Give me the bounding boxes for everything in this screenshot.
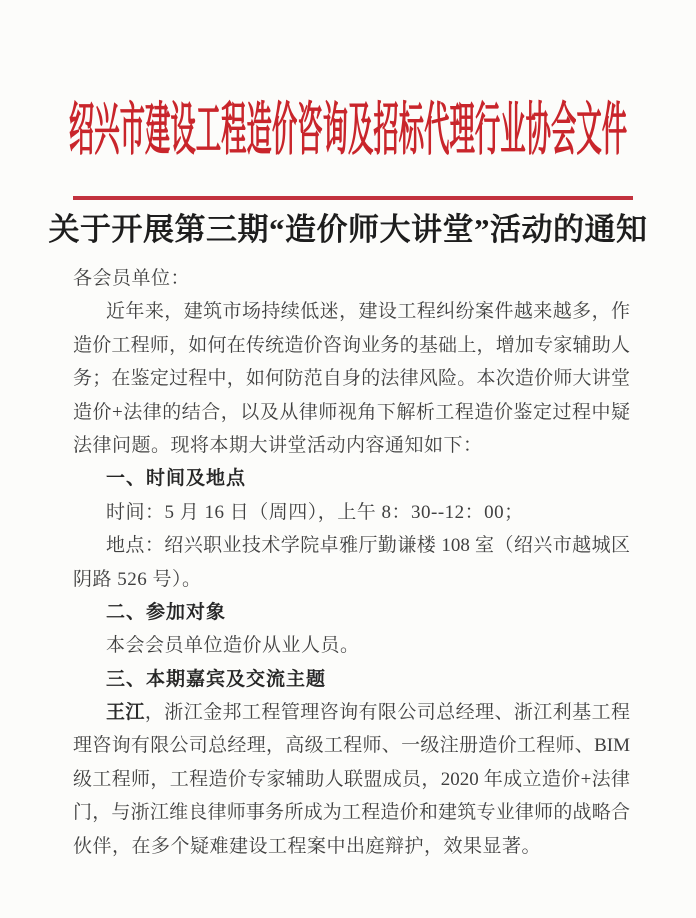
body-line: 造价+法律的结合，以及从律师视角下解析工程造价鉴定过程中疑难 (73, 396, 630, 429)
body-line: 造价工程师，如何在传统造价咨询业务的基础上，增加专家辅助人业 (73, 329, 630, 362)
document-body: 各会员单位：近年来，建筑市场持续低迷，建设工程纠纷案件越来越多，作为造价工程师，… (73, 262, 630, 863)
section-heading-line: 一、时间及地点 (73, 462, 630, 495)
body-line: 务；在鉴定过程中，如何防范自身的法律风险。本次造价师大讲堂以 (73, 362, 630, 395)
body-line: 地点：绍兴职业技术学院卓雅厅勤谦楼 108 室（绍兴市越城区山 (73, 529, 630, 562)
letterhead-banner: 绍兴市建设工程造价咨询及招标代理行业协会文件 (0, 90, 696, 170)
body-line: 法律问题。现将本期大讲堂活动内容通知如下： (73, 429, 630, 462)
body-line: 本会会员单位造价从业人员。 (73, 629, 630, 662)
document-page: 绍兴市建设工程造价咨询及招标代理行业协会文件 关于开展第三期“造价师大讲堂”活动… (0, 0, 696, 918)
body-line: 时间：5 月 16 日（周四），上午 8：30--12：00； (73, 496, 630, 529)
letterhead-title: 绍兴市建设工程造价咨询及招标代理行业协会文件 (68, 88, 627, 173)
body-line: 门，与浙江维良律师事务所成为工程造价和建筑专业律师的战略合作 (73, 796, 630, 829)
body-line: 级工程师，工程造价专家辅助人联盟成员，2020 年成立造价+法律部 (73, 763, 630, 796)
body-line: 伙伴，在多个疑难建设工程案中出庭辩护，效果显著。 (73, 830, 630, 863)
body-line: 阴路 526 号）。 (73, 563, 630, 596)
body-line: 各会员单位： (73, 262, 630, 295)
document-title: 关于开展第三期“造价师大讲堂”活动的通知 (0, 206, 696, 254)
section-heading-line: 三、本期嘉宾及交流主题 (73, 663, 630, 696)
body-line: 王江，浙江金邦工程管理咨询有限公司总经理、浙江利基工程管 (73, 696, 630, 729)
letterhead-divider-rule (73, 196, 633, 200)
body-line: 理咨询有限公司总经理，高级工程师、一级注册造价工程师、BIM 高 (73, 729, 630, 762)
section-heading-line: 二、参加对象 (73, 596, 630, 629)
body-line: 近年来，建筑市场持续低迷，建设工程纠纷案件越来越多，作为 (73, 295, 630, 328)
